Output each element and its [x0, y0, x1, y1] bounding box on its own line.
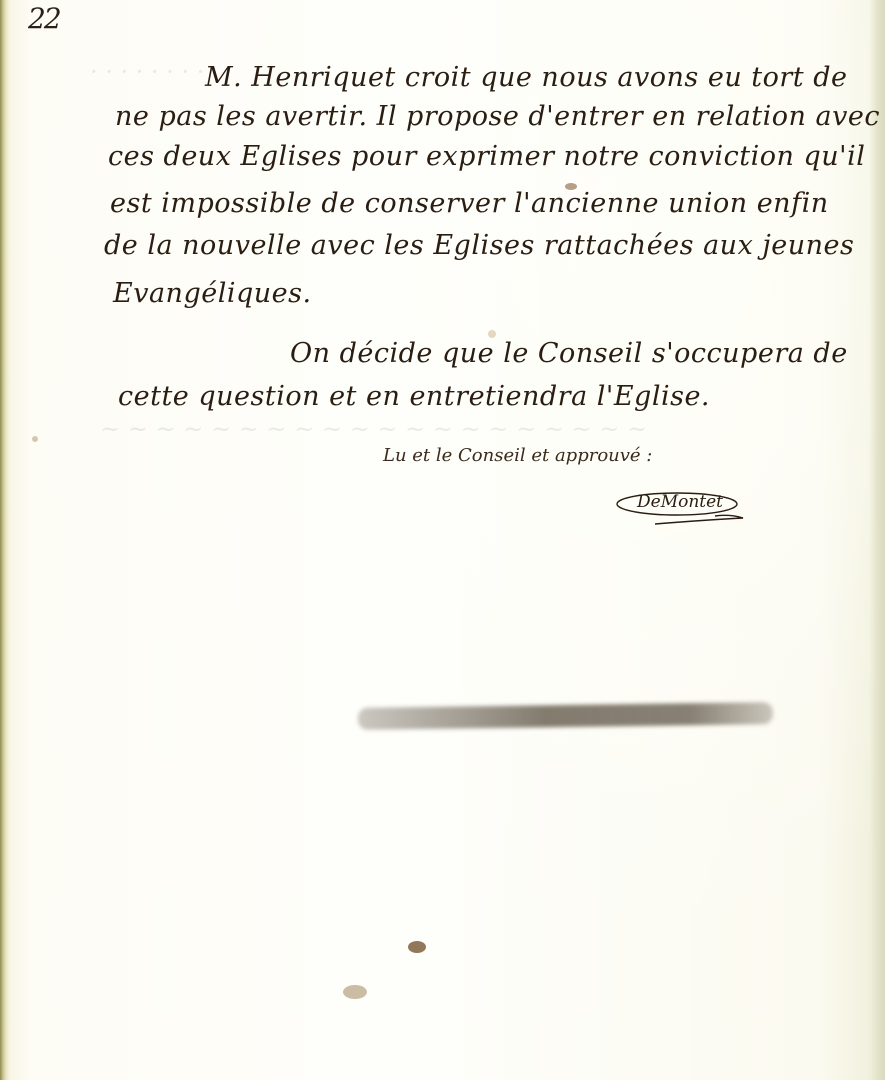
- ink-stain: [408, 941, 426, 953]
- paragraph-1-line-3: ces deux Eglises pour exprimer notre con…: [108, 141, 865, 172]
- manuscript-page: · · · · · · · · ~ ~ ~ ~ ~ ~ ~ ~ ~ ~ ~ ~ …: [0, 0, 885, 1080]
- paragraph-2-line-1: On décide que le Conseil s'occupera de: [290, 338, 848, 369]
- paragraph-1-line-5: de la nouvelle avec les Eglises rattaché…: [104, 230, 854, 261]
- paragraph-2-line-2: cette question et en entretiendra l'Egli…: [118, 381, 710, 412]
- smudged-crossed-out-line: [358, 702, 773, 730]
- signature: DeMontet: [615, 488, 745, 530]
- paragraph-1-line-1: M. Henriquet croit que nous avons eu tor…: [205, 62, 848, 93]
- page-right-edge: [869, 0, 885, 1080]
- paragraph-1-line-2: ne pas les avertir. Il propose d'entrer …: [115, 101, 880, 132]
- ink-stain: [32, 436, 38, 442]
- paragraph-1-line-4: est impossible de conserver l'ancienne u…: [110, 188, 829, 219]
- approval-note: Lu et le Conseil et approuvé :: [383, 445, 652, 466]
- ink-stain: [565, 183, 577, 190]
- ink-stain: [488, 330, 496, 338]
- page-number: 22: [28, 2, 60, 35]
- paragraph-1-line-6: Evangéliques.: [113, 278, 312, 309]
- ink-stain: [343, 985, 367, 999]
- bleed-through-text: · · · · · · · ·: [90, 58, 204, 86]
- page-binding-edge: [0, 0, 10, 1080]
- signature-name: DeMontet: [637, 492, 723, 512]
- bleed-through-text: ~ ~ ~ ~ ~ ~ ~ ~ ~ ~ ~ ~ ~ ~ ~ ~ ~ ~ ~ ~: [100, 415, 647, 443]
